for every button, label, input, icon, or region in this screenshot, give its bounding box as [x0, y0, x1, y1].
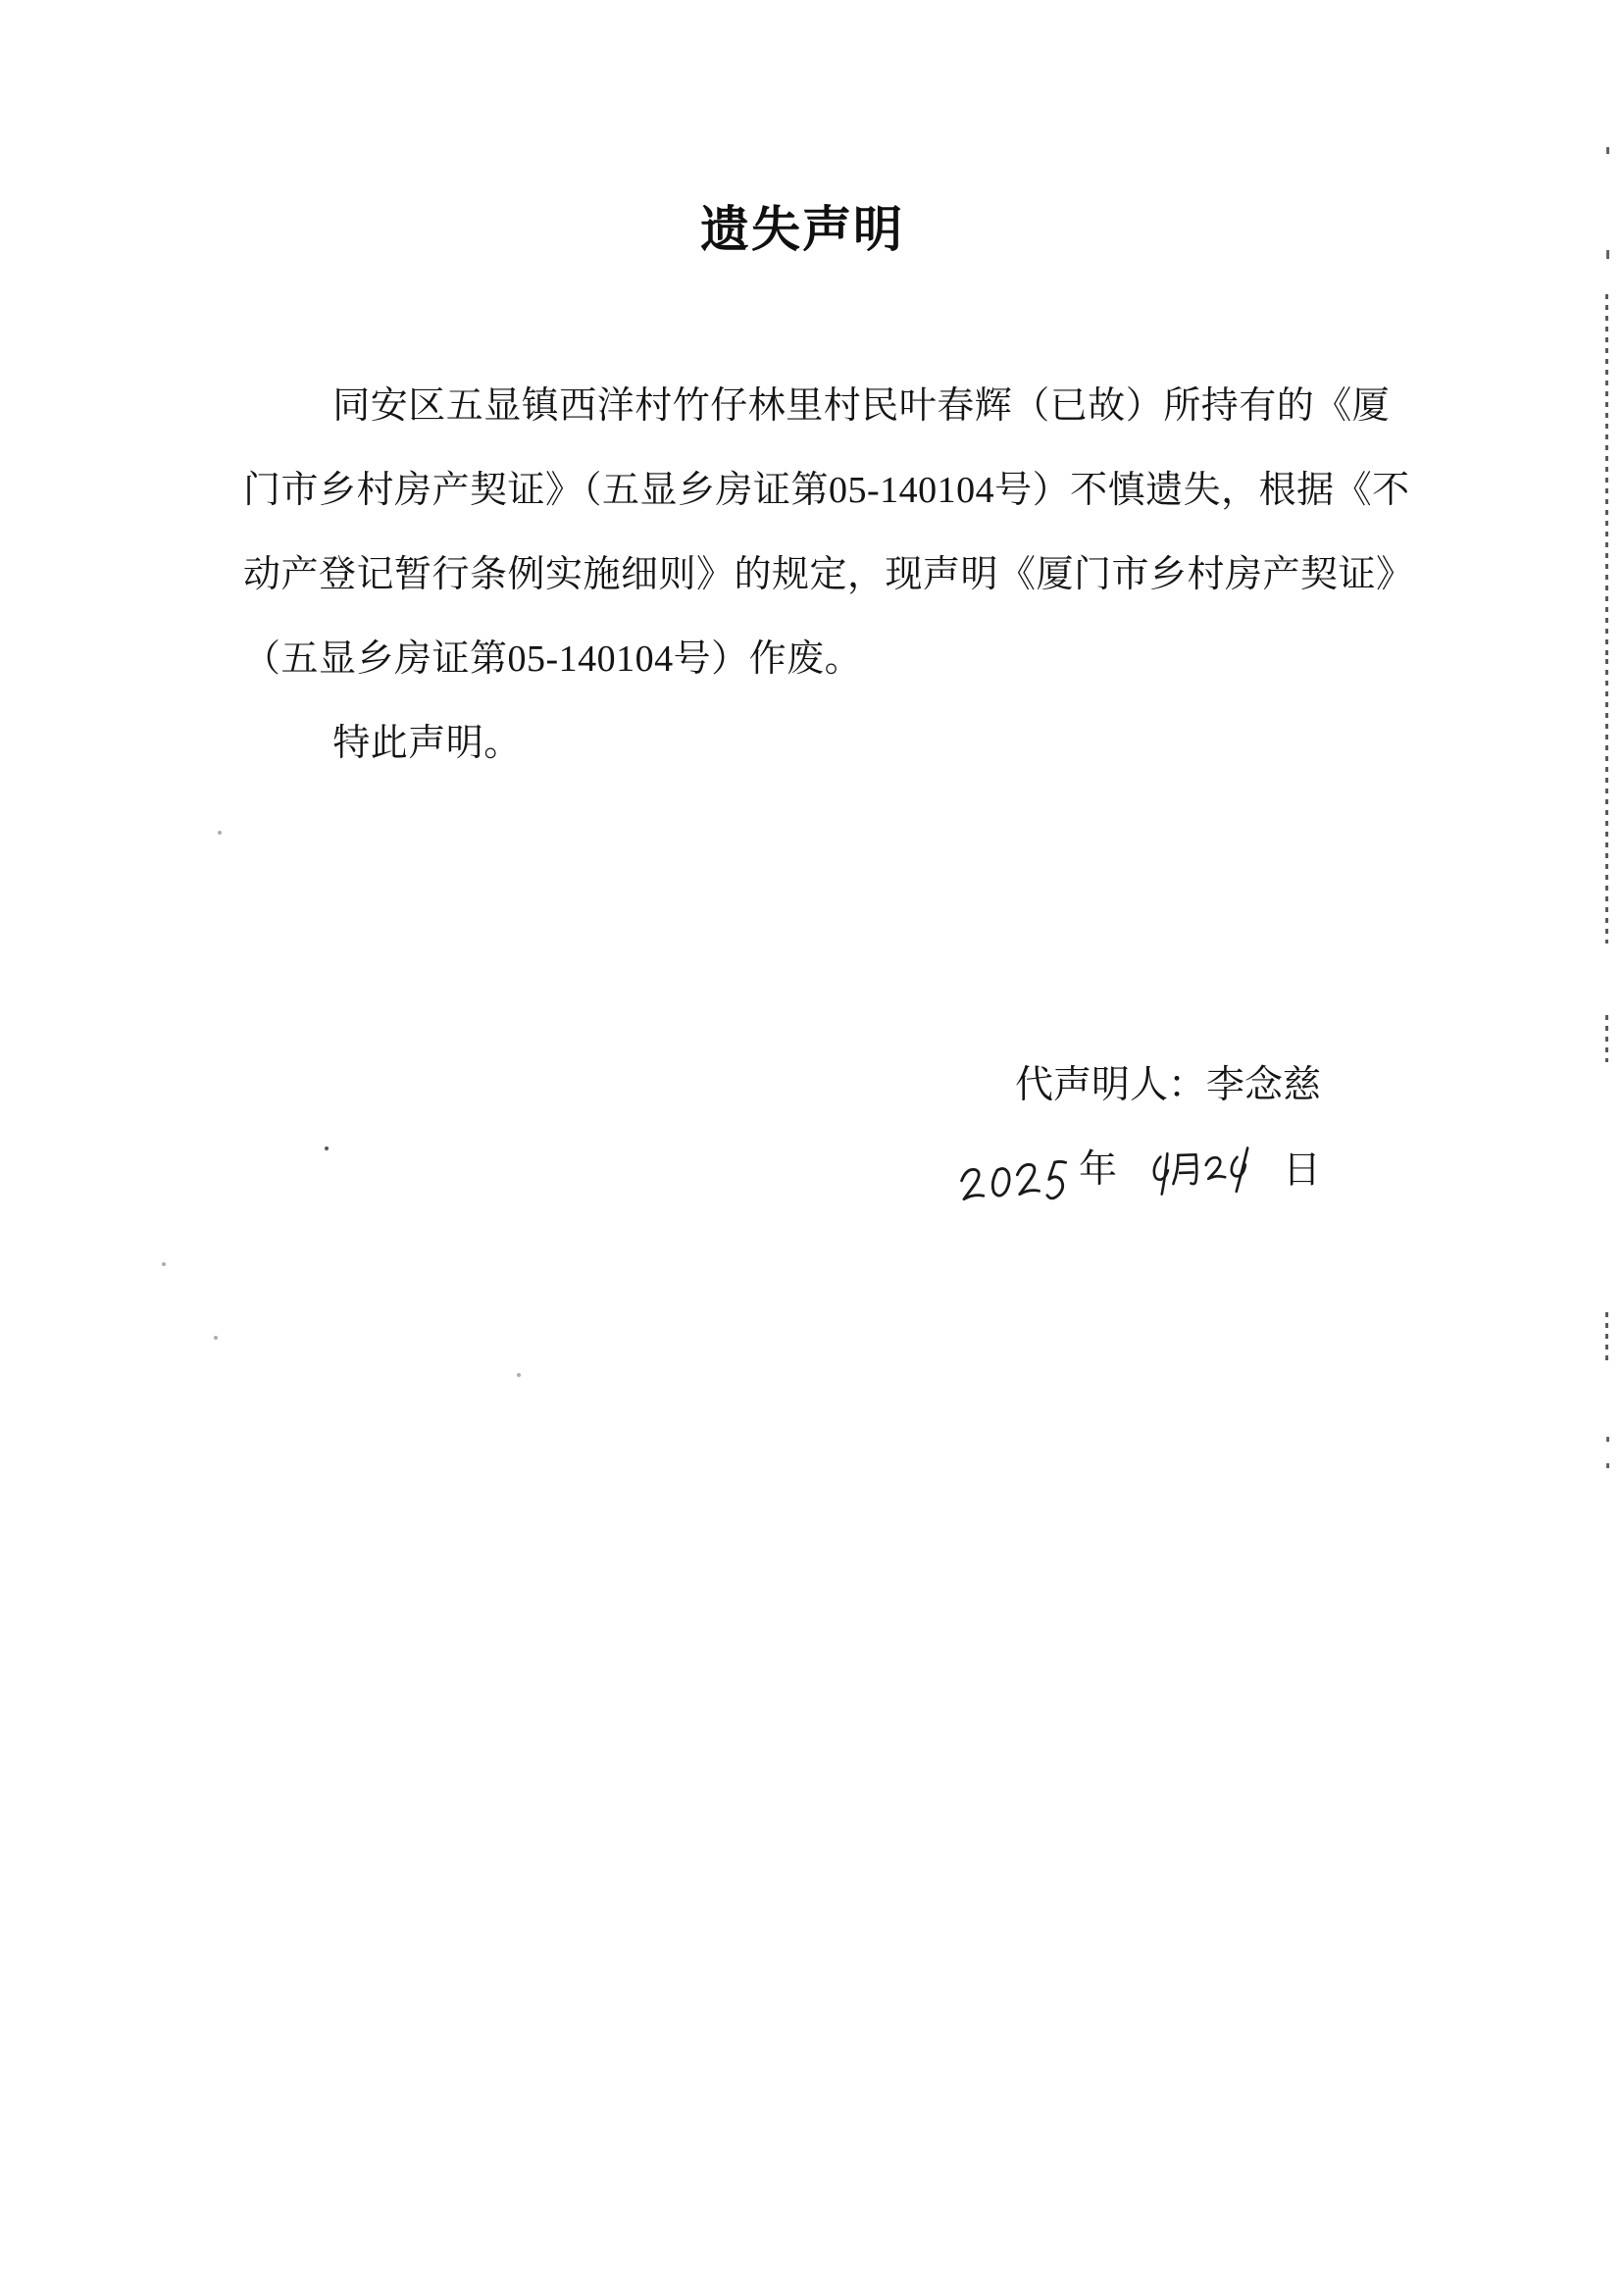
scan-artifact-dot: [1606, 147, 1609, 154]
declaration-paragraph: 同安区五显镇西洋村竹仔林里村民叶春辉（已故）所持有的《厦 门市乡村房产契证》（五…: [243, 364, 1371, 786]
body-line-5: 特此声明。: [243, 701, 1371, 786]
date-day-suffix: 日: [1283, 1150, 1321, 1192]
handwritten-year: [957, 1156, 1072, 1211]
paper-speck: [162, 1262, 166, 1266]
paper-speck: [517, 1373, 521, 1377]
paper-speck: [325, 1146, 329, 1150]
declarant-signature-line: 代声明人：李念慈: [1015, 1064, 1321, 1107]
scan-artifact-dot: [1606, 1463, 1609, 1468]
body-line-1: 同安区五显镇西洋村竹仔林里村民叶春辉（已故）所持有的《厦: [243, 364, 1371, 448]
scan-artifact-dashes: [1605, 1015, 1608, 1062]
body-line-2: 门市乡村房产契证》（五显乡房证第05-140104号）不慎遗失，根据《不: [243, 448, 1371, 533]
body-line-4: （五显乡房证第05-140104号）作废。: [243, 617, 1371, 701]
scan-artifact-dashes: [1605, 294, 1608, 655]
scan-artifact-dot: [1606, 250, 1609, 259]
handwritten-month-day: [1148, 1144, 1262, 1200]
date-year-suffix: 年: [1079, 1149, 1117, 1191]
scan-artifact-dashes: [1605, 1312, 1608, 1361]
paper-speck: [218, 831, 222, 835]
document-title: 遗失声明: [700, 202, 904, 257]
paper-speck: [214, 1336, 218, 1340]
scan-artifact-dashes: [1605, 659, 1608, 943]
body-line-3: 动产登记暂行条例实施细则》的规定，现声明《厦门市乡村房产契证》: [243, 533, 1371, 617]
scanned-page: 遗失声明 同安区五显镇西洋村竹仔林里村民叶春辉（已故）所持有的《厦 门市乡村房产…: [0, 0, 1624, 2293]
scan-artifact-dot: [1606, 1437, 1609, 1442]
